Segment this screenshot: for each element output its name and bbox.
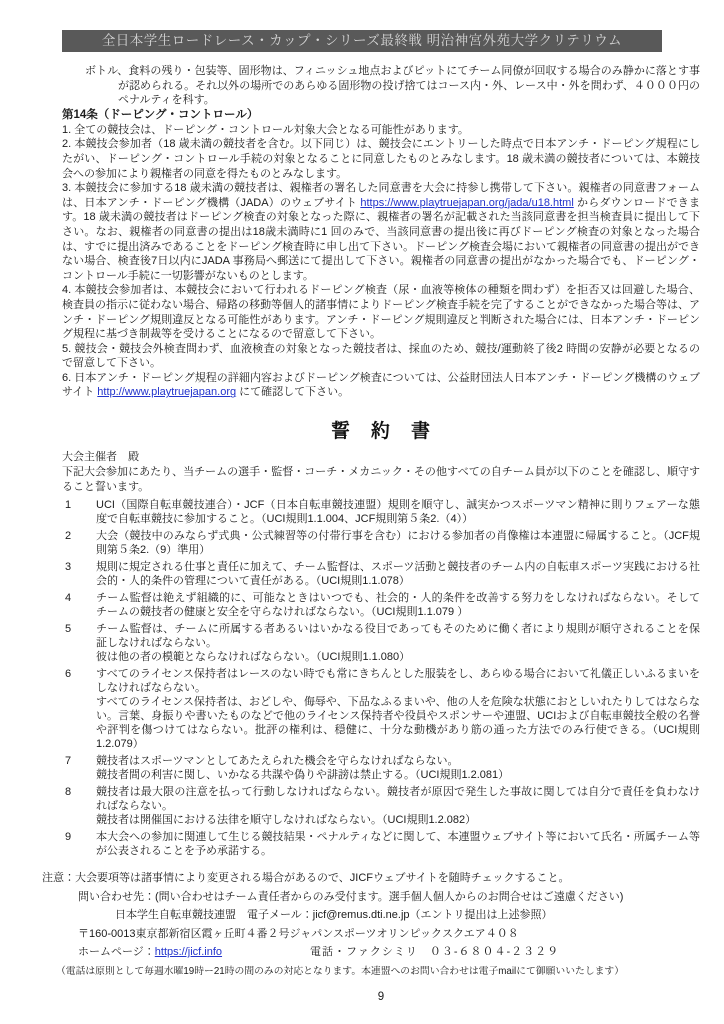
pledge-item-text2: 彼は他の者の模範とならなければならない。（UCI規則1.1.080） [96, 650, 700, 664]
pledge-item-number: 6 [62, 667, 96, 751]
pledge-item-body: 競技者はスポーツマンとしてあたえられた機会を守らなければならない。 競技者間の利… [96, 754, 700, 782]
pledge-intro: 下記大会参加にあたり、当チームの選手・監督・コーチ・メカニック・その他すべての自… [62, 465, 700, 495]
pledge-item-text: 規則に規定される仕事と責任に加えて、チーム監督は、スポーツ活動と競技者のチーム内… [96, 560, 700, 588]
jicf-homepage-link[interactable]: https://jicf.info [155, 943, 222, 962]
pledge-item-9: 9 本大会への参加に関連して生じる競技結果・ペナルティなどに関して、本連盟ウェブ… [62, 830, 700, 858]
pledge-item-number: 5 [62, 622, 96, 664]
jada-u18-consent-link[interactable]: https://www.playtruejapan.org/jada/u18.h… [360, 197, 573, 209]
pledge-item-number: 9 [62, 830, 96, 858]
pledge-item-5: 5 チーム監督は、チームに所属する者あるいはいかなる役目であってもそのために働く… [62, 622, 700, 664]
notice-line: 注意：大会要項等は諸事情により変更される場合があるので、JICFウェブサイトを随… [42, 869, 722, 888]
doping-paragraph-4: 4. 本競技会参加者は、本競技会において行われるドーピング検査（尿・血液等検体の… [62, 283, 700, 341]
doping-paragraph-3-post: からダウンロードできます。18 歳未満の競技者はドーピング検査の対象となった際に… [62, 197, 700, 282]
pledge-title: 誓 約 書 [62, 416, 700, 443]
event-title: 全日本学生ロードレース・カップ・シリーズ最終戦 明治神宮外苑大学クリテリウム [102, 33, 622, 48]
pledge-item-7: 7 競技者はスポーツマンとしてあたえられた機会を守らなければならない。 競技者間… [62, 754, 700, 782]
pledge-item-text: UCI（国際自転車競技連合）・JCF（日本自転車競技連盟）規則を順守し、誠実かつ… [96, 498, 700, 526]
pledge-item-text: 本大会への参加に関連して生じる競技結果・ペナルティなどに関して、本連盟ウェブサイ… [96, 830, 700, 858]
pledge-item-text: 競技者は最大限の注意を払って行動しなければならない。競技者が原因で発生した事故に… [96, 785, 700, 813]
pledge-item-text: 大会（競技中のみならず式典・公式練習等の付帯行事を含む）における参加者の肖像権は… [96, 529, 700, 557]
pledge-item-text: 競技者はスポーツマンとしてあたえられた機会を守らなければならない。 [96, 754, 700, 768]
page-header-banner: 全日本学生ロードレース・カップ・シリーズ最終戦 明治神宮外苑大学クリテリウム [62, 30, 662, 52]
pledge-item-text2: 競技者は開催国における法律を順守しなければならない。（UCI規則1.2.082） [96, 813, 700, 827]
pledge-item-text2: すべてのライセンス保持者は、おどしや、侮辱や、下品なふるまいや、他の人を危険な状… [96, 695, 700, 751]
homepage-label: ホームページ： [78, 943, 155, 962]
doping-paragraph-3: 3. 本競技会に参加する18 歳未満の競技者は、親権者の署名した同意書を大会に持… [62, 181, 700, 283]
pledge-item-number: 1 [62, 498, 96, 526]
pledge-addressee: 大会主催者 殿 [62, 450, 700, 465]
pledge-item-8: 8 競技者は最大限の注意を払って行動しなければならない。競技者が原因で発生した事… [62, 785, 700, 827]
doping-paragraph-2: 2. 本競技会参加者（18 歳未満の競技者を含む。以下同じ）は、競技会にエントリ… [62, 137, 700, 181]
federation-email-line: 日本学生自転車競技連盟 電子メール：jicf@remus.dti.ne.jp（エ… [115, 906, 722, 925]
document-page: 全日本学生ロードレース・カップ・シリーズ最終戦 明治神宮外苑大学クリテリウム ボ… [62, 30, 700, 1003]
pledge-item-2: 2 大会（競技中のみならず式典・公式練習等の付帯行事を含む）における参加者の肖像… [62, 529, 700, 557]
pledge-item-body: チーム監督は、チームに所属する者あるいはいかなる役目であってもそのために働く者に… [96, 622, 700, 664]
doping-paragraph-6-post: にて確認して下さい。 [236, 386, 349, 398]
notes-section: 注意：大会要項等は諸事情により変更される場合があるので、JICFウェブサイトを随… [62, 869, 722, 979]
pledge-item-body: 競技者は最大限の注意を払って行動しなければならない。競技者が原因で発生した事故に… [96, 785, 700, 827]
phone-fax-number: 電話・ファクシミリ ０３-６８０４-２３２９ [310, 943, 559, 962]
playtruejapan-link[interactable]: http://www.playtruejapan.org [97, 386, 236, 398]
pledge-item-body: すべてのライセンス保持者はレースのない時でも常にきちんとした服装をし、あらゆる場… [96, 667, 700, 751]
pledge-item-3: 3 規則に規定される仕事と責任に加えて、チーム監督は、スポーツ活動と競技者のチー… [62, 560, 700, 588]
pledge-item-number: 4 [62, 591, 96, 619]
pledge-item-1: 1 UCI（国際自転車競技連合）・JCF（日本自転車競技連盟）規則を順守し、誠実… [62, 498, 700, 526]
pledge-item-number: 8 [62, 785, 96, 827]
article14-heading: 第14条（ドーピング・コントロール） [62, 108, 700, 123]
pledge-item-text2: 競技者間の利害に関し、いかなる共謀や偽りや誹謗は禁止する。（UCI規則1.2.0… [96, 768, 700, 782]
pledge-item-4: 4 チーム監督は絶えず組織的に、可能なときはいつでも、社会的・人的条件を改善する… [62, 591, 700, 619]
pledge-item-text: チーム監督は絶えず組織的に、可能なときはいつでも、社会的・人的条件を改善する努力… [96, 591, 700, 619]
pledge-item-number: 2 [62, 529, 96, 557]
doping-paragraph-1: 1. 全ての競技会は、ドーピング・コントロール対象大会となる可能性があります。 [62, 123, 700, 138]
homepage-phone-line: ホームページ：https://jicf.info 電話・ファクシミリ ０３-６８… [78, 943, 722, 962]
littering-rule-paragraph: ボトル、食料の残り・包装等、固形物は、フィニッシュ地点およびピットにてチーム同僚… [62, 64, 700, 108]
pledge-header: 大会主催者 殿 下記大会参加にあたり、当チームの選手・監督・コーチ・メカニック・… [62, 450, 700, 495]
federation-address-line: 〒160-0013東京都新宿区霞ヶ丘町４番２号ジャパンスポーツオリンピックスクエ… [78, 925, 722, 944]
regulations-section: ボトル、食料の残り・包装等、固形物は、フィニッシュ地点およびピットにてチーム同僚… [62, 64, 700, 400]
pledge-item-number: 7 [62, 754, 96, 782]
pledge-item-text: すべてのライセンス保持者はレースのない時でも常にきちんとした服装をし、あらゆる場… [96, 667, 700, 695]
pledge-list: 1 UCI（国際自転車競技連合）・JCF（日本自転車競技連盟）規則を順守し、誠実… [62, 498, 700, 858]
phone-hours-note: （電話は原則として毎週水曜19時ー21時の間のみの対応となります。本連盟へのお問… [56, 964, 722, 979]
pledge-item-text: チーム監督は、チームに所属する者あるいはいかなる役目であってもそのために働く者に… [96, 622, 700, 650]
doping-paragraph-6: 6. 日本アンチ・ドーピング規程の詳細内容およびドーピング検査については、公益財… [62, 371, 700, 400]
pledge-item-number: 3 [62, 560, 96, 588]
page-number: 9 [62, 991, 700, 1003]
pledge-item-6: 6 すべてのライセンス保持者はレースのない時でも常にきちんとした服装をし、あらゆ… [62, 667, 700, 751]
contact-instruction-line: 問い合わせ先：(問い合わせはチーム責任者からのみ受付ます。選手個人個人からのお問… [78, 888, 722, 907]
doping-paragraph-5: 5. 競技会・競技会外検査問わず、血液検査の対象となった競技者は、採血のため、競… [62, 342, 700, 371]
